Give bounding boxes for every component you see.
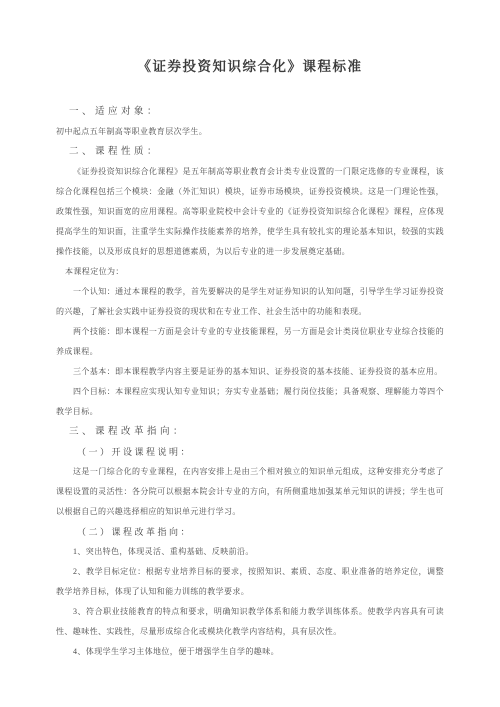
section-1-heading: 一、适应对象： [56, 102, 444, 122]
document-title: 《证券投资知识综合化》课程标准 [56, 58, 444, 76]
reform-item-4: 4、体现学生学习主体地位，便于增强学生自学的趣味。 [56, 642, 444, 662]
positioning-item-two-skills: 两个技能：即本课程一方面是会计专业的专业技能课程，另一方面是会计类岗位职业专业综… [56, 322, 444, 362]
course-nature-intro-paragraph: 《证券投资知识综合化课程》是五年制高等职业教育会计类专业设置的一门限定选修的专业… [56, 162, 444, 262]
course-offering-explanation-paragraph: 这是一门综合化的专业课程，在内容安排上是由三个相对独立的知识单元组成，这种安排充… [56, 462, 444, 522]
reform-item-2: 2、教学目标定位：根据专业培养目标的要求，按照知识、素质、态度、职业准备的培养定… [56, 562, 444, 602]
document-page: 《证券投资知识综合化》课程标准 一、适应对象： 初中起点五年制高等职业教育层次学… [0, 0, 500, 707]
reform-item-1: 1、突出特色，体现灵活、重构基础、反映前沿。 [56, 542, 444, 562]
course-positioning-lead: 本课程定位为： [56, 262, 444, 282]
positioning-item-three-basics: 三个基本：即本课程教学内容主要是证券的基本知识、证券投资的基本技能、证券投资的基… [56, 362, 444, 382]
section-3-heading: 三、课程改革指向： [56, 422, 444, 442]
subsection-1-heading: （一）开设课程说明： [56, 442, 444, 462]
section-2-heading: 二、课程性质： [56, 142, 444, 162]
section-reform-direction: 三、课程改革指向： （一）开设课程说明： 这是一门综合化的专业课程，在内容安排上… [56, 422, 444, 662]
reform-item-3: 3、符合职业技能教育的特点和要求，明确知识教学体系和能力教学训练体系。使教学内容… [56, 602, 444, 642]
positioning-item-four-goals: 四个目标：本课程应实现认知专业知识；夯实专业基础；履行岗位技能；具备观察、理解能… [56, 382, 444, 422]
section-1-body: 初中起点五年制高等职业教育层次学生。 [56, 122, 444, 142]
positioning-item-one-cognition: 一个认知：通过本课程的教学，首先要解决的是学生对证券知识的认知问题，引导学生学习… [56, 282, 444, 322]
subsection-2-heading: （二）课程改革指向： [56, 522, 444, 542]
section-course-nature: 二、课程性质： 《证券投资知识综合化课程》是五年制高等职业教育会计类专业设置的一… [56, 142, 444, 422]
section-adaptation: 一、适应对象： 初中起点五年制高等职业教育层次学生。 [56, 102, 444, 142]
